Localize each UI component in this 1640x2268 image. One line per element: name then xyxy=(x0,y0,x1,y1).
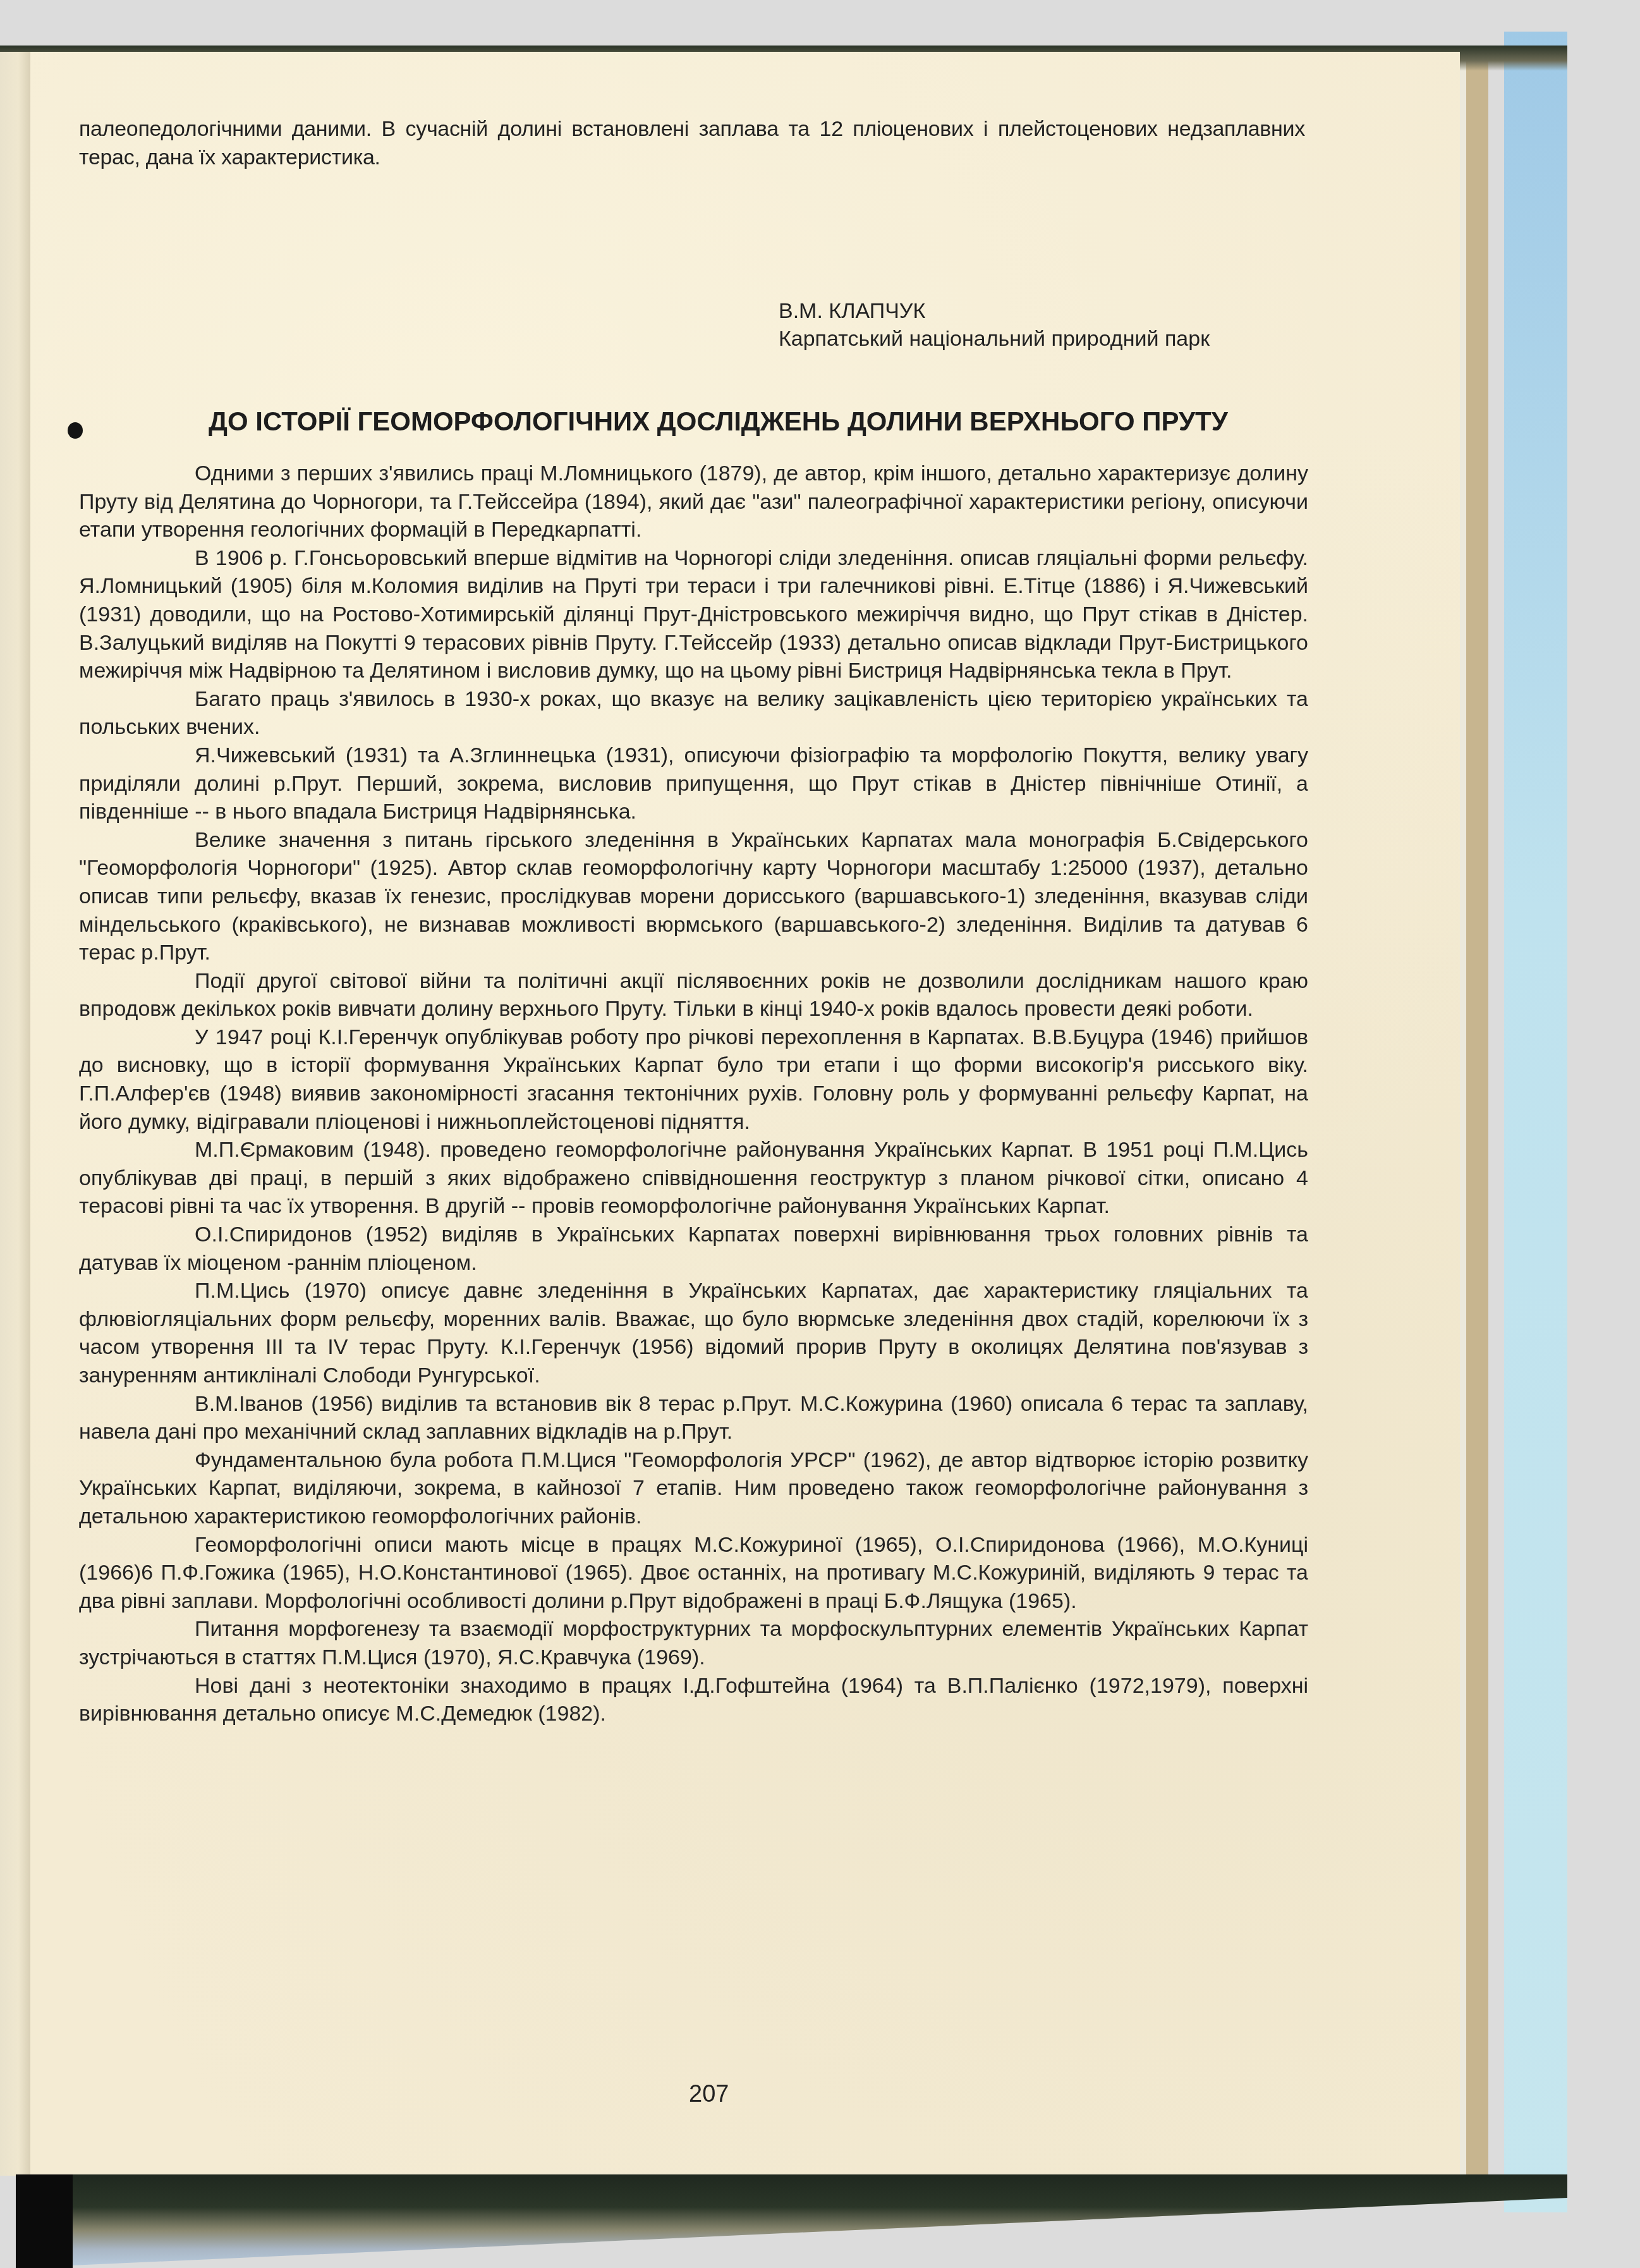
intro-text: палеопедологічними даними. В сучасній до… xyxy=(79,115,1305,171)
paragraph: Фундаментальною була робота П.М.Цися "Ге… xyxy=(79,1446,1308,1531)
paragraph: Я.Чижевський (1931) та А.Зглиннецька (19… xyxy=(79,741,1308,826)
paragraph: Нові дані з неотектоніки знаходимо в пра… xyxy=(79,1672,1308,1728)
paragraph: П.М.Цись (1970) описує давнє зледеніння … xyxy=(79,1277,1308,1389)
paragraph: У 1947 році К.І.Геренчук опублікував роб… xyxy=(79,1023,1308,1136)
ink-dot-mark xyxy=(68,422,83,439)
paragraph: Події другої світової війни та політичні… xyxy=(79,967,1308,1023)
bottom-shadow xyxy=(16,2174,1567,2268)
author-name: В.М. КЛАПЧУК xyxy=(779,297,1210,325)
bottom-left-corner xyxy=(16,2174,73,2268)
paragraph: Геоморфологічні описи мають місце в прац… xyxy=(79,1531,1308,1616)
paragraph: В 1906 р. Г.Гонсьоровський вперше відміт… xyxy=(79,544,1308,685)
paragraph: О.І.Спиридонов (1952) виділяв в Українсь… xyxy=(79,1221,1308,1277)
scanner-background xyxy=(1504,32,1567,2212)
page-left-edge xyxy=(0,52,30,2176)
binding-strip xyxy=(1466,57,1488,2181)
intro-paragraph: палеопедологічними даними. В сучасній до… xyxy=(79,115,1305,171)
paragraph: В.М.Іванов (1956) виділив та встановив в… xyxy=(79,1390,1308,1446)
article-body: Одними з перших з'явились праці М.Ломниц… xyxy=(79,460,1308,1728)
author-affiliation: Карпатський національний природний парк xyxy=(779,325,1210,353)
paragraph: М.П.Єрмаковим (1948). проведено геоморфо… xyxy=(79,1136,1308,1221)
paragraph: Питання морфогенезу та взаємодії морфост… xyxy=(79,1615,1308,1671)
author-block: В.М. КЛАПЧУК Карпатський національний пр… xyxy=(779,297,1210,353)
paragraph: Велике значення з питань гірського зледе… xyxy=(79,826,1308,967)
page-number: 207 xyxy=(689,2081,729,2108)
paragraph: Одними з перших з'явились праці М.Ломниц… xyxy=(79,460,1308,544)
paragraph: Багато праць з'явилось в 1930-х роках, щ… xyxy=(79,685,1308,741)
article-title: ДО ІСТОРІЇ ГЕОМОРФОЛОГІЧНИХ ДОСЛІДЖЕНЬ Д… xyxy=(209,406,1321,437)
